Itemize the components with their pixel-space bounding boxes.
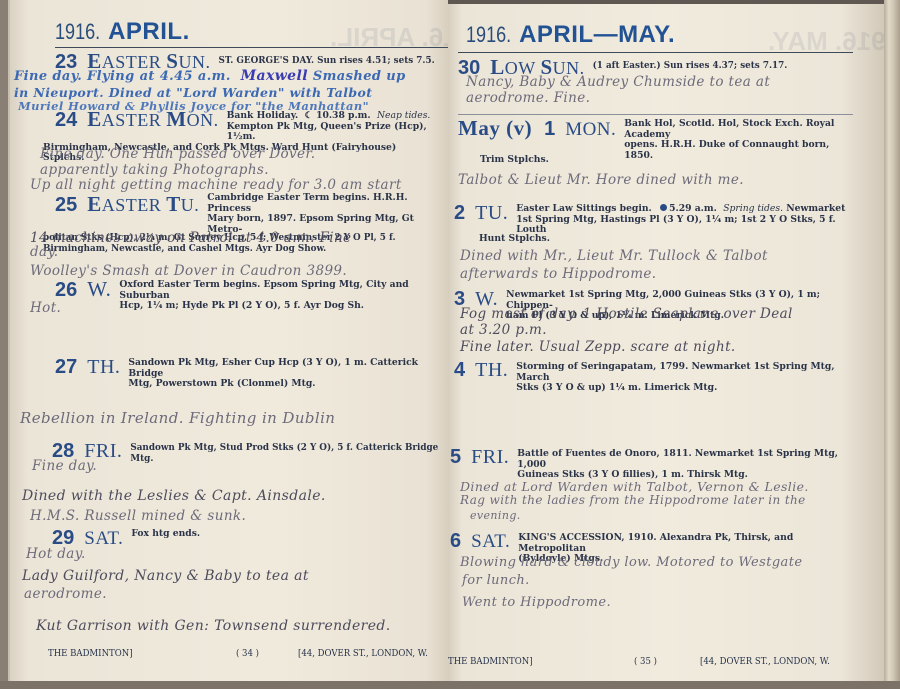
- handwritten-note: Nancy, Baby & Audrey Chumside to tea at: [466, 74, 770, 91]
- header-month: APRIL.: [108, 18, 190, 46]
- page-number: ( 35 ): [634, 656, 657, 667]
- handwritten-note: Fog most of day. 1 Hostile Seaplane over…: [460, 306, 793, 323]
- page-header: 1916. APRIL.: [55, 18, 190, 46]
- book-page-edge: [884, 0, 900, 689]
- day-entry-28: 28 FRI. Sandown Pk Mtg, Stud Prod Stks (…: [52, 440, 450, 464]
- handwritten-note: Talbot & Lieut Mr. Hore dined with me.: [458, 172, 744, 189]
- handwritten-note: day.: [30, 244, 58, 261]
- handwritten-note: Fine day. One Hun passed over Dover.: [40, 146, 315, 163]
- printed-events: Bank Holiday. ☾ 10.38 p.m. Neap tides. K…: [227, 111, 450, 143]
- handwritten-note: Fine day. Flying at 4.45 a.m. Maxwell Sm…: [14, 68, 406, 85]
- printed-events: (1 aft Easter.) Sun rises 4.37; sets 7.1…: [593, 61, 788, 72]
- header-year: 1916.: [55, 19, 100, 45]
- new-moon-icon: [660, 204, 667, 211]
- day-entry-26: 26 W. Oxford Easter Term begins. Epsom S…: [55, 278, 450, 312]
- handwritten-note: Rebellion in Ireland. Fighting in Dublin: [20, 410, 335, 427]
- day-entry-may-5: 5 FRI. Battle of Fuentes de Onoro, 1811.…: [450, 446, 858, 481]
- day-entry-may-4: 4 TH. Storming of Seringapatam, 1799. Ne…: [454, 359, 858, 394]
- handwritten-note: Kut Garrison with Gen: Townsend surrende…: [36, 618, 391, 635]
- printed-events: Oxford Easter Term begins. Epsom Spring …: [119, 280, 450, 312]
- handwritten-note: Fine day.: [32, 458, 97, 475]
- right-page: 1916. MAY. 1916. APRIL—MAY. 30 LOW SUN. …: [448, 4, 884, 682]
- header-rule: [458, 52, 853, 53]
- handwritten-note: Went to Hippodrome.: [462, 594, 611, 611]
- handwritten-note: Fine later. Usual Zepp. scare at night.: [460, 339, 736, 356]
- divider: [458, 114, 853, 115]
- handwritten-note: Lady Guilford, Nancy & Baby to tea at: [22, 568, 309, 585]
- page-footer-publisher: THE BADMINTON]: [448, 656, 533, 667]
- day-entry-29: 29 SAT. Fox htg ends.: [52, 527, 450, 551]
- book-bottom-edge: [0, 681, 900, 689]
- handwritten-note: aerodrome.: [24, 586, 107, 603]
- handwritten-note: evening.: [470, 507, 521, 524]
- handwritten-note: for lunch.: [462, 572, 530, 589]
- diary-spread: 1916. APRIL. 1916. APRIL. 23 EASTER SUN.…: [0, 0, 900, 689]
- printed-events: Battle of Fuentes de Onoro, 1811. Newmar…: [517, 449, 858, 481]
- header-rule: [55, 47, 450, 48]
- handwritten-note: afterwards to Hippodrome.: [460, 266, 656, 283]
- printed-events: Sandown Pk Mtg, Stud Prod Stks (2 Y O), …: [130, 443, 450, 464]
- day-entry-may-2: 2 TU. Easter Law Sittings begin. 5.29 a.…: [454, 202, 858, 244]
- handwritten-note: Dined with Mr., Lieut Mr. Tullock & Talb…: [460, 248, 768, 265]
- header-month: APRIL—MAY.: [519, 21, 675, 49]
- handwritten-note: Dined with the Leslies & Capt. Ainsdale.: [22, 488, 326, 505]
- handwritten-note: Blowing hard & cloudy low. Motored to We…: [460, 554, 802, 571]
- page-header: 1916. APRIL—MAY.: [466, 21, 675, 49]
- printed-events: Easter Law Sittings begin. 5.29 a.m. Spr…: [516, 204, 858, 236]
- day-entry-may-1: May (v) 1 MON. Bank Hol, Scotld. Hol, St…: [458, 117, 858, 166]
- printed-events: ST. GEORGE'S DAY. Sun rises 4.51; sets 7…: [218, 56, 434, 67]
- printed-events: Bank Hol, Scotld. Hol, Stock Exch. Royal…: [624, 119, 858, 161]
- page-footer-address: [44, DOVER ST., LONDON, W.: [700, 656, 830, 667]
- page-footer-publisher: THE BADMINTON]: [48, 648, 133, 659]
- day-entry-27: 27 TH. Sandown Pk Mtg, Esher Cup Hcp (3 …: [55, 356, 450, 390]
- handwritten-note: at 3.20 p.m.: [460, 322, 547, 339]
- printed-events: Storming of Seringapatam, 1799. Newmarke…: [516, 362, 858, 394]
- handwritten-note: Hot.: [30, 300, 61, 317]
- printed-events: Cambridge Easter Term begins. H.R.H. Pri…: [207, 193, 450, 235]
- handwritten-note: H.M.S. Russell mined & sunk.: [30, 508, 246, 525]
- handwritten-note: Hot day.: [26, 546, 86, 563]
- page-number: ( 34 ): [236, 648, 259, 659]
- handwritten-note: aerodrome. Fine.: [466, 90, 590, 107]
- page-footer-address: [44, DOVER ST., LONDON, W.: [298, 648, 428, 659]
- handwritten-note: 14 machines away on Patrol at 4.0 a.m. F…: [30, 230, 351, 247]
- printed-events: Fox htg ends.: [131, 529, 200, 540]
- header-year: 1916.: [466, 22, 511, 48]
- printed-events: Sandown Pk Mtg, Esher Cup Hcp (3 Y O), 1…: [128, 358, 450, 390]
- left-page: 1916. APRIL. 1916. APRIL. 23 EASTER SUN.…: [8, 0, 448, 682]
